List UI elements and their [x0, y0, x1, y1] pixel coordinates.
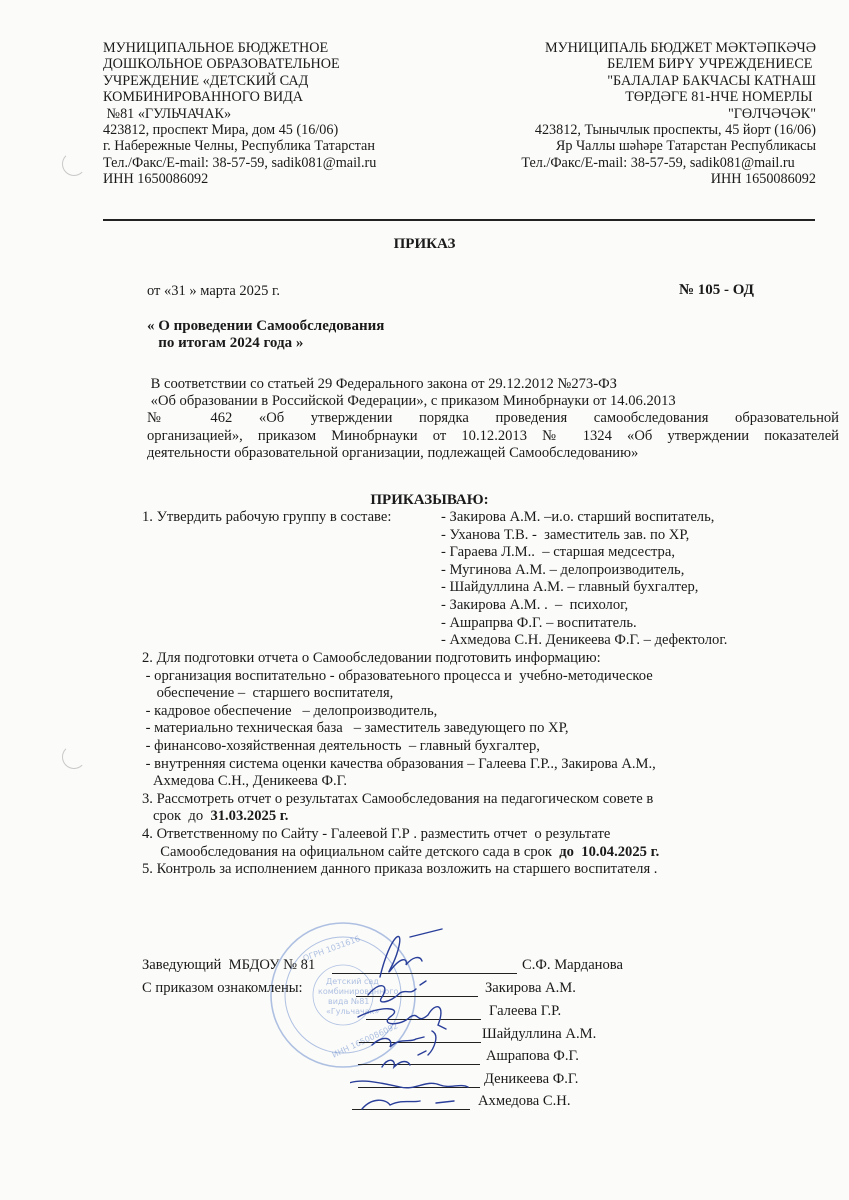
- header-address: 423812, проспект Мира, дом 45 (16/06): [103, 122, 376, 138]
- punch-hole-mark: [62, 745, 86, 769]
- preamble-line: организацией», приказом Минобрнауки от 1…: [147, 428, 839, 445]
- subject-line: по итогам 2024 года »: [147, 335, 384, 352]
- document-date: от «31 » марта 2025 г.: [147, 283, 280, 300]
- header-contacts: Тел./Факс/E-mail: 38-57-59, sadik081@mai…: [521, 155, 816, 171]
- member: - Ахмедова С.Н. Деникеева Ф.Г. – дефекто…: [441, 632, 727, 650]
- item-3: 3. Рассмотреть отчет о результатах Самоо…: [142, 791, 659, 826]
- punch-hole-mark: [62, 152, 86, 176]
- item-2-line: - организация воспитательно - образовате…: [142, 668, 659, 686]
- item-2-label: 2. Для подготовки отчета о Самообследова…: [142, 650, 659, 668]
- document-number: № 105 - ОД: [679, 282, 754, 299]
- item-4-line: 4. Ответственному по Сайту - Галеевой Г.…: [142, 826, 659, 844]
- header-city: г. Набережные Челны, Республика Татарста…: [103, 138, 376, 154]
- subject-line: « О проведении Самообследования: [147, 318, 384, 335]
- header-left-russian: МУНИЦИПАЛЬНОЕ БЮДЖЕТНОЕ ДОШКОЛЬНОЕ ОБРАЗ…: [103, 40, 376, 188]
- preamble-line: В соответствии со статьей 29 Федеральног…: [147, 376, 839, 393]
- document-page: МУНИЦИПАЛЬНОЕ БЮДЖЕТНОЕ ДОШКОЛЬНОЕ ОБРАЗ…: [0, 0, 849, 1200]
- header-line: "БАЛАЛАР БАКЧАСЫ КАТНАШ: [521, 73, 816, 89]
- item-2: 2. Для подготовки отчета о Самообследова…: [142, 650, 659, 791]
- item-4-deadline: до 10.04.2025 г.: [559, 844, 659, 860]
- header-city: Яр Чаллы шәһәре Татарстан Республикасы: [521, 138, 816, 154]
- item-3-deadline: 31.03.2025 г.: [210, 808, 288, 824]
- item-5: 5. Контроль за исполнением данного прика…: [142, 861, 659, 879]
- item-1: 1. Утвердить рабочую группу в составе: -…: [142, 509, 659, 650]
- item-2-line: Ахмедова С.Н., Деникеева Ф.Г.: [142, 773, 659, 791]
- member: - Мугинова А.М. – делопроизводитель,: [441, 562, 727, 580]
- member: - Уханова Т.В. - заместитель зав. по ХР,: [441, 527, 727, 545]
- member: - Закирова А.М. –и.о. старший воспитател…: [441, 509, 727, 527]
- preamble: В соответствии со статьей 29 Федеральног…: [147, 376, 839, 462]
- header-line: ТӨРДӘГЕ 81-НЧЕ НОМЕРЛЫ: [521, 89, 816, 105]
- working-group-list: - Закирова А.М. –и.о. старший воспитател…: [441, 509, 727, 650]
- item-4-prefix: Самообследования на официальном сайте де…: [142, 844, 559, 860]
- header-line: БЕЛЕМ БИРҮ УЧРЕЖДЕНИЕСЕ: [521, 56, 816, 72]
- item-2-line: - кадровое обеспечение – делопроизводите…: [142, 703, 659, 721]
- header-right-tatar: МУНИЦИПАЛЬ БЮДЖЕТ МӘКТӘПКӘЧӘ БЕЛЕМ БИРҮ …: [521, 40, 816, 188]
- member: - Гараева Л.М.. – старшая медсестра,: [441, 544, 727, 562]
- item-2-line: обеспечение – старшего воспитателя,: [142, 685, 659, 703]
- acquainted-name: Ахмедова С.Н.: [478, 1093, 570, 1110]
- member: - Шайдуллина А.М. – главный бухгалтер,: [441, 579, 727, 597]
- preamble-line: деятельности образовательной организации…: [147, 445, 839, 462]
- header-inn: ИНН 1650086092: [521, 171, 816, 187]
- acquainted-name: Шайдуллина А.М.: [482, 1026, 596, 1043]
- header-line: КОМБИНИРОВАННОГО ВИДА: [103, 89, 376, 105]
- header-line: "ГӨЛЧӘЧӘК": [521, 106, 816, 122]
- acquainted-name: Закирова А.М.: [485, 980, 576, 997]
- acquainted-name: Галеева Г.Р.: [489, 1003, 561, 1020]
- acquainted-name: Деникеева Ф.Г.: [484, 1071, 578, 1088]
- member: - Ашрапрва Ф.Г. – воспитатель.: [441, 615, 727, 633]
- head-name: С.Ф. Марданова: [522, 957, 623, 974]
- header-line: ДОШКОЛЬНОЕ ОБРАЗОВАТЕЛЬНОЕ: [103, 56, 376, 72]
- order-body: 1. Утвердить рабочую группу в составе: -…: [142, 509, 659, 879]
- item-2-line: - финансово-хозяйственная деятельность –…: [142, 738, 659, 756]
- document-title: ПРИКАЗ: [0, 236, 849, 253]
- item-3-line: 3. Рассмотреть отчет о результатах Самоо…: [142, 791, 659, 809]
- header-line: МУНИЦИПАЛЬ БЮДЖЕТ МӘКТӘПКӘЧӘ: [521, 40, 816, 56]
- header-inn: ИНН 1650086092: [103, 171, 376, 187]
- acquainted-name: Ашрапова Ф.Г.: [486, 1048, 579, 1065]
- header-line: №81 «ГУЛЬЧАЧАК»: [103, 106, 376, 122]
- acquainted-label: С приказом ознакомлены:: [142, 980, 303, 997]
- handwritten-signatures-icon: [350, 925, 470, 1120]
- header-line: МУНИЦИПАЛЬНОЕ БЮДЖЕТНОЕ: [103, 40, 376, 56]
- header-address: 423812, Тынычлык проспекты, 45 йорт (16/…: [521, 122, 816, 138]
- item-2-line: - материально техническая база – замести…: [142, 720, 659, 738]
- header-divider: [103, 219, 815, 221]
- head-label: Заведующий МБДОУ № 81: [142, 957, 315, 974]
- preamble-line: № 462 «Об утверждении порядка проведения…: [147, 410, 839, 427]
- header-contacts: Тел./Факс/E-mail: 38-57-59, sadik081@mai…: [103, 155, 376, 171]
- order-heading: ПРИКАЗЫВАЮ:: [0, 492, 849, 509]
- preamble-line: «Об образовании в Российской Федерации»,…: [147, 393, 839, 410]
- item-4: 4. Ответственному по Сайту - Галеевой Г.…: [142, 826, 659, 861]
- item-3-line: срок до 31.03.2025 г.: [142, 808, 659, 826]
- item-4-line: Самообследования на официальном сайте де…: [142, 844, 659, 862]
- item-2-line: - внутренняя система оценки качества обр…: [142, 756, 659, 774]
- member: - Закирова А.М. . – психолог,: [441, 597, 727, 615]
- item-3-prefix: срок до: [142, 808, 210, 824]
- document-subject: « О проведении Самообследования по итога…: [147, 318, 384, 352]
- header-line: УЧРЕЖДЕНИЕ «ДЕТСКИЙ САД: [103, 73, 376, 89]
